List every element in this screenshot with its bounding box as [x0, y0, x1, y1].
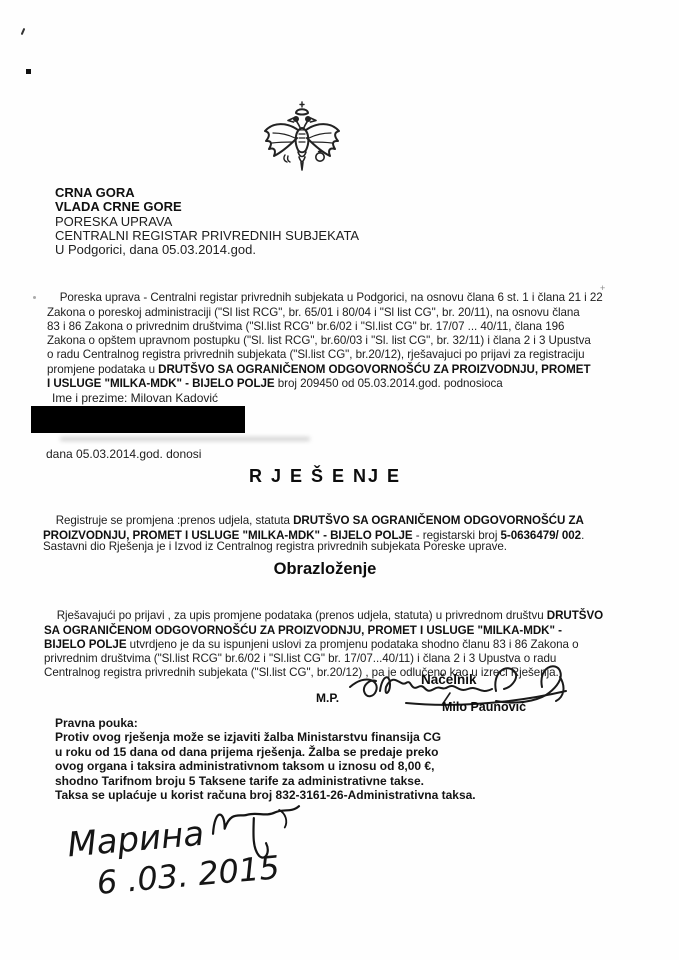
issuing-date-line: dana 05.03.2014.god. donosi: [46, 447, 201, 461]
legal-notice: Pravna pouka: Protiv ovog rješenja može …: [55, 716, 476, 802]
scan-artifact-dot: [33, 296, 36, 299]
letterhead-country: CRNA GORA: [55, 186, 359, 200]
scan-artifact-square: [26, 69, 31, 74]
stamp-place-label: M.P.: [316, 691, 339, 705]
decision-title: R J E Š E NJ E: [0, 466, 650, 487]
legal-notice-line: shodno Tarifnom broju 5 Taksene tarife z…: [55, 774, 476, 788]
legal-notice-title: Pravna pouka:: [55, 716, 476, 730]
scanned-decision-document: +: [0, 0, 679, 960]
redaction-box: [31, 406, 245, 433]
intro-paragraph: Poreska uprava - Centralni registar priv…: [47, 277, 679, 406]
signatory-name: Milo Paunović: [442, 700, 526, 714]
explanation-title: Obrazloženje: [0, 560, 650, 579]
attachment-line: Sastavni dio Rješenja je i Izvod iz Cent…: [43, 540, 679, 554]
letterhead: CRNA GORA VLADA CRNE GORE PORESKA UPRAVA…: [55, 186, 359, 257]
handwritten-note: Марина 6 .03. 2015: [38, 796, 348, 896]
legal-notice-line: Protiv ovog rješenja može se izjaviti ža…: [55, 730, 476, 744]
scan-smudge: [60, 437, 310, 441]
letterhead-government: VLADA CRNE GORE: [55, 200, 359, 214]
coat-of-arms-icon: [257, 100, 347, 180]
intro-filing-info: broj 209450 od 05.03.2014.god. podnosioc…: [275, 377, 503, 390]
legal-notice-line: u roku od 15 dana od dana prijema rješen…: [55, 745, 476, 759]
applicant-name-line: Ime i prezime: Milovan Kadović: [52, 391, 218, 405]
explanation-text: Rješavajući po prijavi , za upis promjen…: [57, 609, 547, 622]
decision-text: Registruje se promjena :prenos udjela, s…: [56, 514, 293, 527]
letterhead-agency: PORESKA UPRAVA: [55, 215, 359, 229]
letterhead-registry: CENTRALNI REGISTAR PRIVREDNIH SUBJEKATA: [55, 229, 359, 243]
scan-artifact-tick: [21, 28, 26, 35]
legal-notice-line: ovog organa i taksira administrativnom t…: [55, 759, 476, 773]
letterhead-place-date: U Podgorici, dana 05.03.2014.god.: [55, 243, 359, 257]
